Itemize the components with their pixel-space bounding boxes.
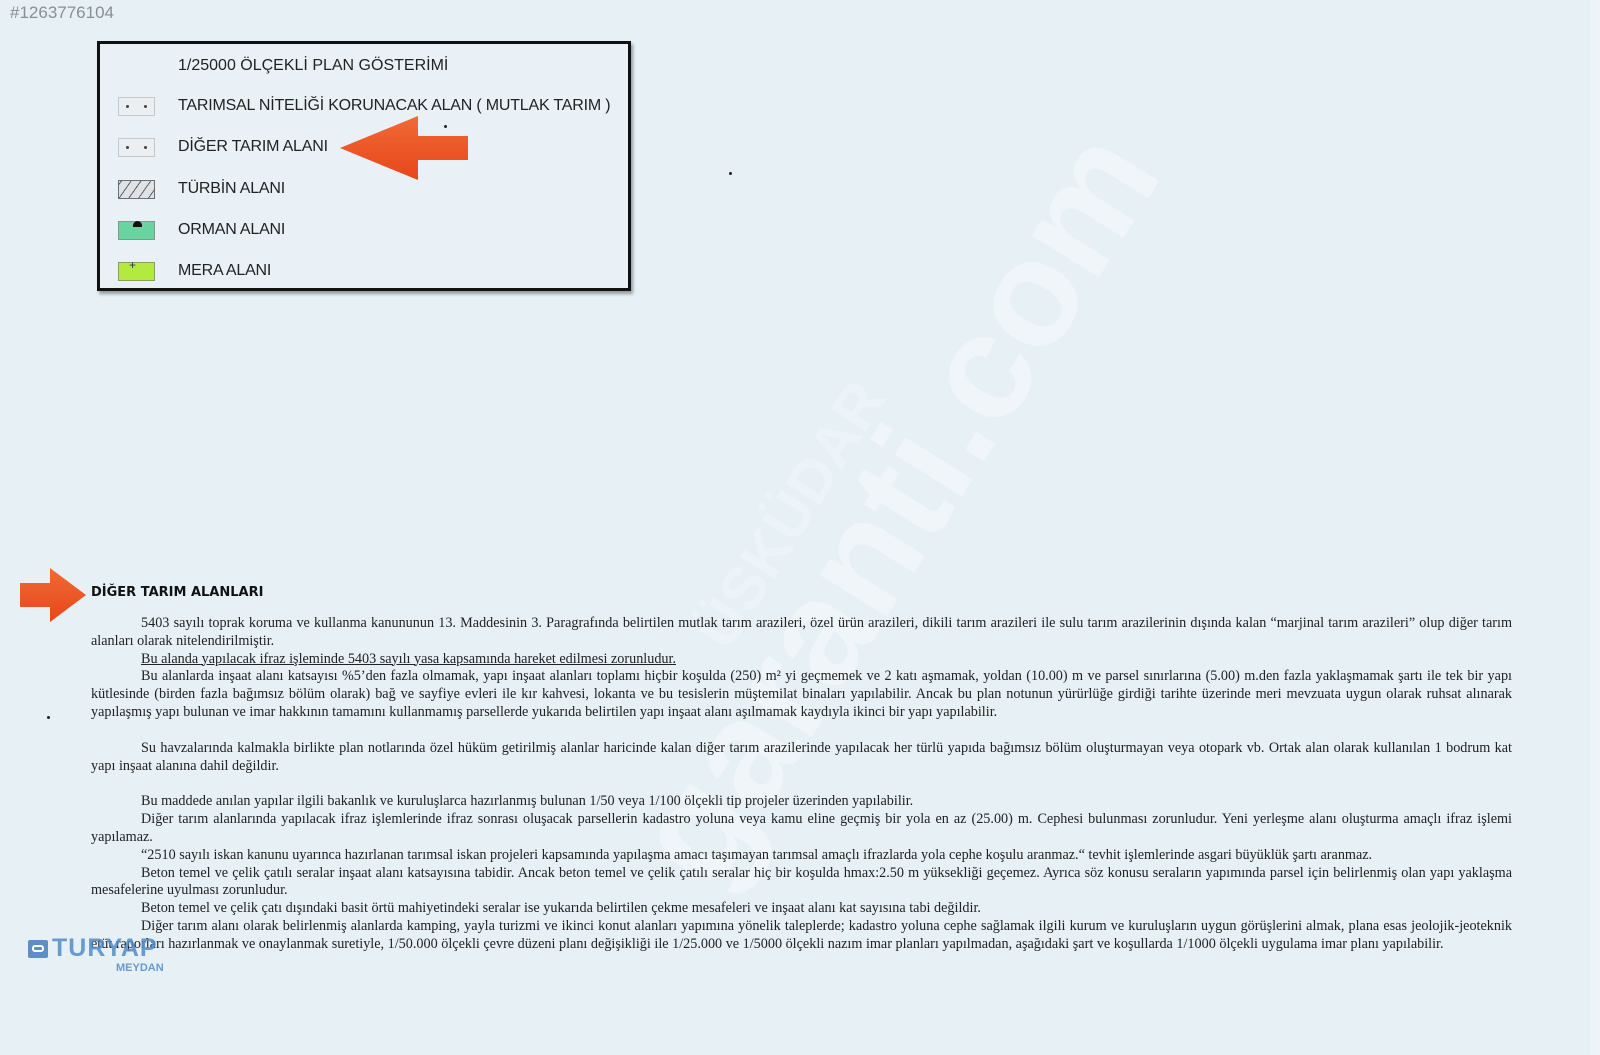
paragraph: Diğer tarım alanı olarak belirlenmiş ala… <box>91 918 1512 954</box>
arrow-left-icon <box>340 116 470 182</box>
page-edge <box>1590 0 1600 1055</box>
legend-item-mutlak-tarim: TARIMSAL NİTELİĞİ KORUNACAK ALAN ( MUTLA… <box>118 94 610 118</box>
pasture-swatch-icon <box>118 262 155 281</box>
speck <box>729 172 732 175</box>
legend-title: 1/25000 ÖLÇEKLİ PLAN GÖSTERİMİ <box>178 57 448 75</box>
legend-label: DİĞER TARIM ALANI <box>178 138 328 156</box>
section-heading: DİĞER TARIM ALANLARI <box>91 585 263 600</box>
watermark-domain: .com <box>863 101 1191 487</box>
paragraph: Bu alanlarda inşaat alanı katsayısı %5’d… <box>91 668 1512 721</box>
legend-item-orman: ORMAN ALANI <box>118 218 285 242</box>
legend-item-turbin: TÜRBİN ALANI <box>118 177 285 201</box>
paragraph: Beton temel ve çelik çatı dışındaki basi… <box>91 900 1512 918</box>
legend-label: MERA ALANI <box>178 262 271 280</box>
speck <box>444 125 447 128</box>
dotted-swatch-icon <box>118 97 155 116</box>
hatched-swatch-icon <box>118 180 155 199</box>
dotted-swatch-icon <box>118 138 155 157</box>
listing-id: #1263776104 <box>10 3 114 23</box>
handshake-icon <box>28 940 48 958</box>
paragraph: 5403 sayılı toprak koruma ve kullanma ka… <box>91 615 1512 651</box>
legend-label: TARIMSAL NİTELİĞİ KORUNACAK ALAN ( MUTLA… <box>178 97 610 115</box>
paragraph: “2510 sayılı iskan kanunu uyarınca hazır… <box>91 847 1512 865</box>
plan-notes-body: 5403 sayılı toprak koruma ve kullanma ka… <box>91 615 1512 954</box>
paragraph-underlined: Bu alanda yapılacak ifraz işleminde 5403… <box>91 651 1512 669</box>
logo-text: TURYAP <box>52 934 158 963</box>
underlined-text: Bu alanda yapılacak ifraz işleminde 5403… <box>141 651 676 667</box>
legend-label: TÜRBİN ALANI <box>178 180 285 198</box>
legend-item-diger-tarim: DİĞER TARIM ALANI <box>118 135 328 159</box>
paragraph: Beton temel ve çelik çatılı seralar inşa… <box>91 865 1512 901</box>
paragraph: Su havzalarında kalmakla birlikte plan n… <box>91 740 1512 776</box>
legend-label: ORMAN ALANI <box>178 221 285 239</box>
legend-item-mera: MERA ALANI <box>118 259 271 283</box>
logo-branch: MEYDAN <box>116 962 164 974</box>
speck <box>47 716 50 719</box>
paragraph: Diğer tarım alanlarında yapılacak ifraz … <box>91 811 1512 847</box>
paragraph: Bu maddede anılan yapılar ilgili bakanlı… <box>91 793 1512 811</box>
agency-logo: TURYAP <box>28 934 158 963</box>
forest-swatch-icon <box>118 221 155 240</box>
arrow-right-icon <box>20 568 88 622</box>
